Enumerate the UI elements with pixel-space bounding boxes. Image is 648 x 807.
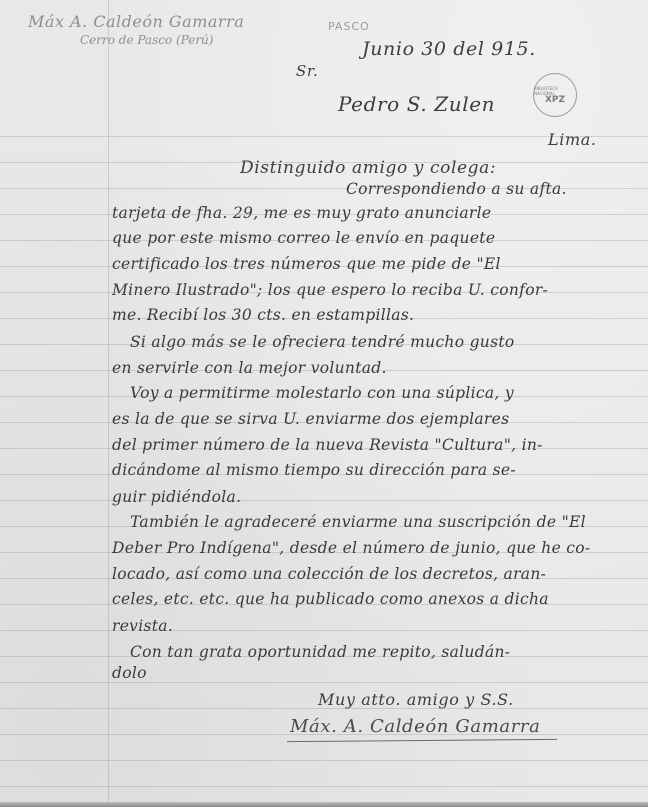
- stamp-center-text: XPZ: [545, 96, 565, 105]
- body-line: dolo: [112, 664, 632, 682]
- ruled-line: [0, 760, 648, 761]
- salutation-prefix: Sr.: [296, 62, 318, 80]
- signature: Máx. A. Caldeón Gamarra: [290, 716, 540, 737]
- letter-page: Máx A. Caldeón Gamarra Cerro de Pasco (P…: [0, 0, 648, 807]
- body-line: guir pidiéndola.: [112, 488, 632, 506]
- letter-date: Junio 30 del 915.: [362, 38, 536, 60]
- greeting: Distinguido amigo y colega:: [240, 158, 496, 178]
- body-line: revista.: [112, 617, 632, 635]
- letterhead-place: Cerro de Pasco (Perú): [80, 33, 244, 47]
- body-line: en servirle con la mejor voluntad.: [112, 359, 632, 377]
- body-line: es la de que se sirva U. enviarme dos ej…: [112, 410, 632, 428]
- body-line: Deber Pro Indígena", desde el número de …: [112, 539, 632, 557]
- body-line: Minero Ilustrado"; los que espero lo rec…: [112, 281, 632, 299]
- body-line: Con tan grata oportunidad me repito, sal…: [130, 643, 632, 661]
- body-line: locado, así como una colección de los de…: [112, 565, 632, 583]
- stamp-ring-text: BIBLIOTECA NACIONAL: [534, 86, 576, 96]
- body-line: Si algo más se le ofreciera tendré mucho…: [130, 333, 632, 351]
- ruled-line: [0, 786, 648, 787]
- body-line: celes, etc. etc. que ha publicado como a…: [112, 590, 632, 608]
- body-line: tarjeta de fha. 29, me es muy grato anun…: [112, 204, 632, 222]
- body-line: Correspondiendo a su afta.: [346, 180, 632, 198]
- body-line: del primer número de la nueva Revista "C…: [112, 436, 632, 454]
- body-line: También le agradeceré enviarme una suscr…: [130, 513, 632, 531]
- body-line: dicándome al mismo tiempo su dirección p…: [112, 461, 632, 479]
- signature-underline: [287, 739, 557, 742]
- recipient-city: Lima.: [548, 130, 597, 149]
- letterhead: Máx A. Caldeón Gamarra Cerro de Pasco (P…: [28, 12, 244, 47]
- body-line: me. Recibí los 30 cts. en estampillas.: [112, 306, 632, 324]
- library-stamp: BIBLIOTECA NACIONAL XPZ: [533, 73, 577, 117]
- closing: Muy atto. amigo y S.S.: [318, 690, 514, 709]
- margin-line: [108, 0, 109, 807]
- recipient-name: Pedro S. Zulen: [338, 92, 495, 116]
- letterhead-name: Máx A. Caldeón Gamarra: [28, 12, 244, 31]
- archive-pencil-note: PASCO: [328, 20, 370, 33]
- body-line: certificado los tres números que me pide…: [112, 255, 632, 273]
- ruled-lines: [0, 0, 648, 807]
- ruled-line: [0, 682, 648, 683]
- body-line: que por este mismo correo le envío en pa…: [112, 229, 632, 247]
- body-line: Voy a permitirme molestarlo con una súpl…: [130, 384, 632, 402]
